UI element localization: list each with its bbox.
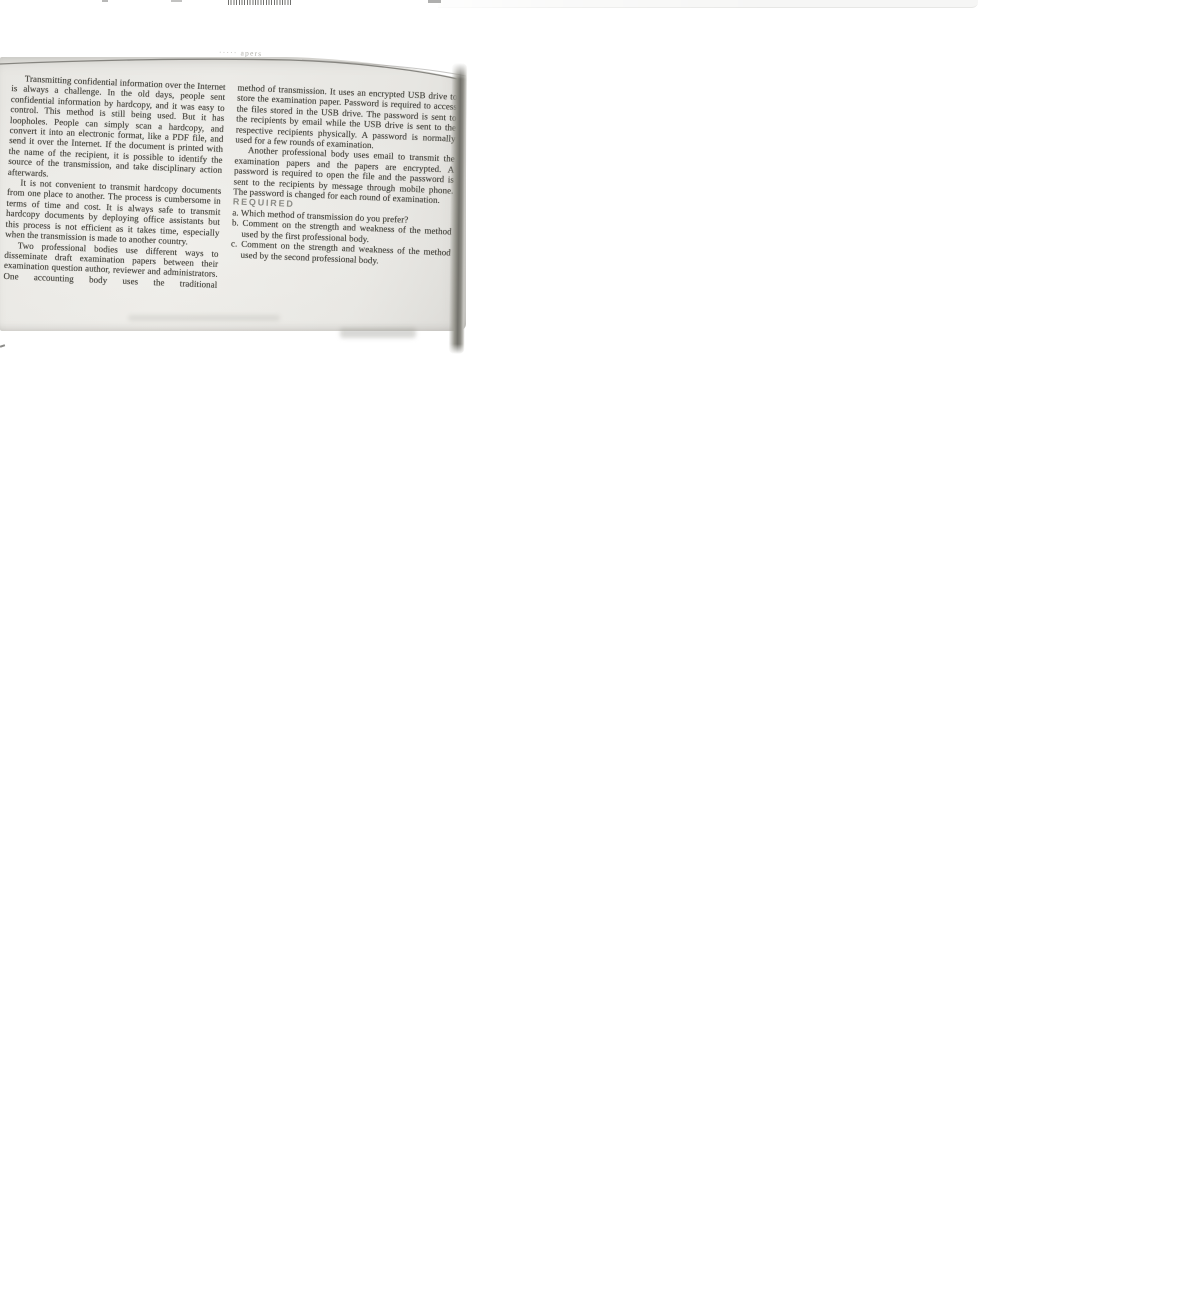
right-column: method of transmission. It uses an encry… bbox=[230, 82, 457, 268]
left-column: Transmitting confidential information ov… bbox=[3, 73, 226, 290]
paragraph: method of transmission. It uses an encry… bbox=[235, 82, 457, 154]
scan-artifact bbox=[0, 344, 5, 347]
clipped-text-fragment bbox=[428, 0, 441, 3]
clipped-text-fragment bbox=[171, 0, 182, 2]
paragraph: Another professional body uses email to … bbox=[233, 145, 455, 206]
scan-smudge bbox=[128, 315, 280, 321]
screenshot-canvas: ····· apers Transmitting confidential in… bbox=[0, 0, 1200, 1292]
question-label: c. bbox=[231, 238, 238, 248]
browser-chrome-fragment bbox=[438, 0, 978, 8]
question-label: a. bbox=[232, 207, 239, 217]
page-text-block: Transmitting confidential information ov… bbox=[12, 73, 464, 92]
paragraph: It is not convenient to transmit hardcop… bbox=[5, 177, 221, 248]
clipped-tab-title-fragment bbox=[228, 0, 291, 5]
scan-smudge bbox=[340, 328, 416, 338]
paragraph: Two professional bodies use different wa… bbox=[3, 239, 219, 290]
book-page-edge bbox=[448, 63, 467, 354]
paragraph: Transmitting confidential information ov… bbox=[8, 73, 226, 186]
scanned-page: Transmitting confidential information ov… bbox=[0, 57, 466, 331]
question-label: b. bbox=[232, 218, 239, 228]
clipped-text-fragment bbox=[102, 0, 108, 2]
